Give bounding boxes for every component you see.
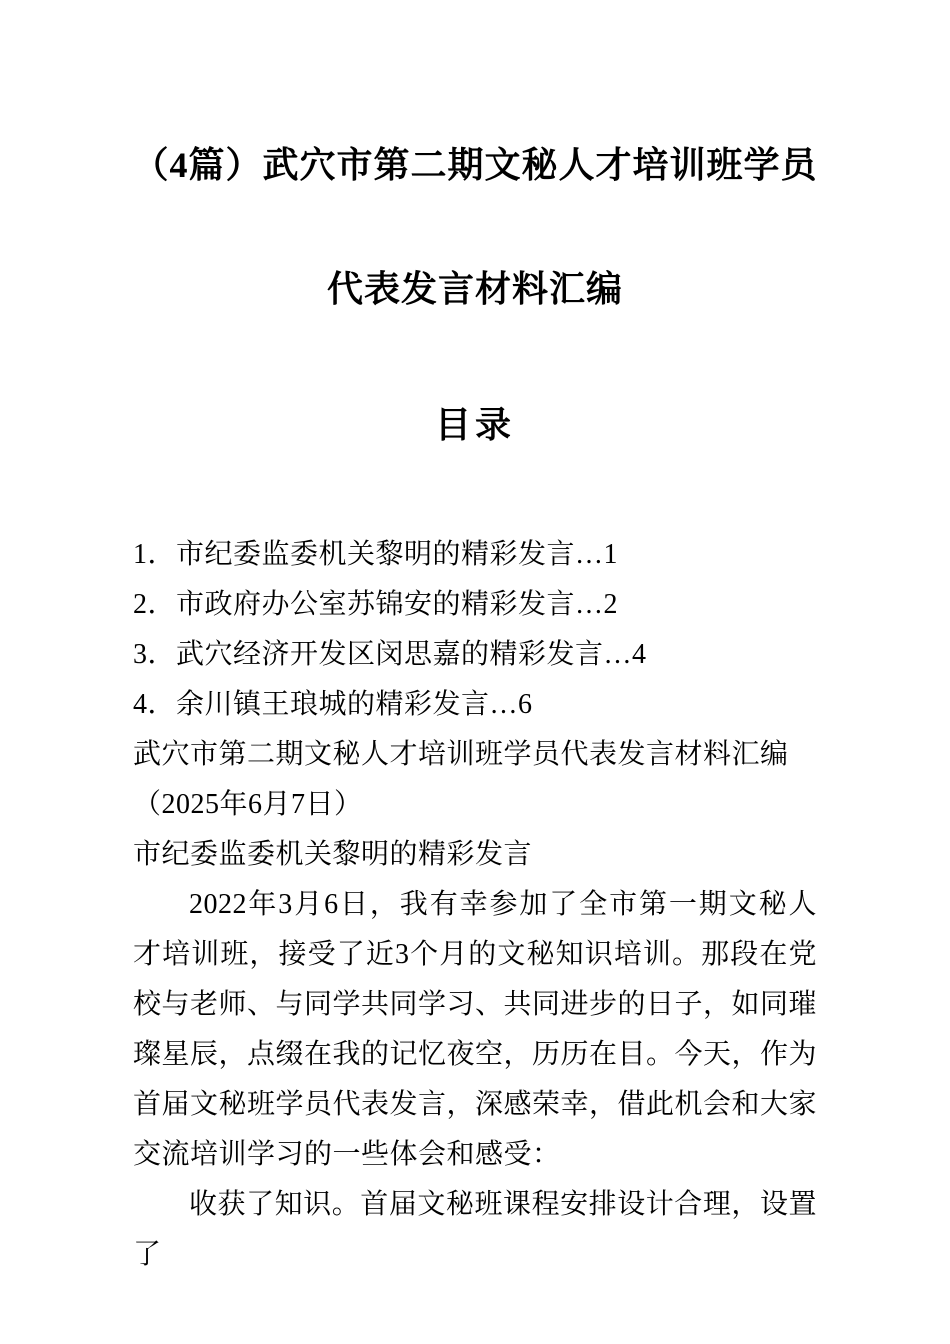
document-title-line2: 代表发言材料汇编 [0,269,950,309]
document-title-line1: （4篇）武穴市第二期文秘人才培训班学员 [0,145,950,185]
toc-item-3: 3．武穴经济开发区闵思嘉的精彩发言…4 [133,630,817,680]
toc-item-4: 4．余川镇王琅城的精彩发言…6 [133,680,817,730]
document-title: （4篇）武穴市第二期文秘人才培训班学员 代表发言材料汇编 [0,0,950,309]
compilation-title-line: 武穴市第二期文秘人才培训班学员代表发言材料汇编 [133,730,817,780]
body-paragraph-2: 收获了知识。首届文秘班课程安排设计合理，设置了 [133,1180,817,1280]
section-heading: 市纪委监委机关黎明的精彩发言 [133,830,817,880]
document-page: （4篇）武穴市第二期文秘人才培训班学员 代表发言材料汇编 目录 1．市纪委监委机… [0,0,950,1344]
toc-item-1: 1．市纪委监委机关黎明的精彩发言…1 [133,530,817,580]
body-paragraph-1: 2022年3月6日，我有幸参加了全市第一期文秘人才培训班，接受了近3个月的文秘知… [133,880,817,1180]
date-line: （2025年6月7日） [133,780,817,830]
toc-item-2: 2．市政府办公室苏锦安的精彩发言…2 [133,580,817,630]
document-content: 1．市纪委监委机关黎明的精彩发言…1 2．市政府办公室苏锦安的精彩发言…2 3．… [133,530,817,1280]
toc-heading: 目录 [0,405,950,445]
